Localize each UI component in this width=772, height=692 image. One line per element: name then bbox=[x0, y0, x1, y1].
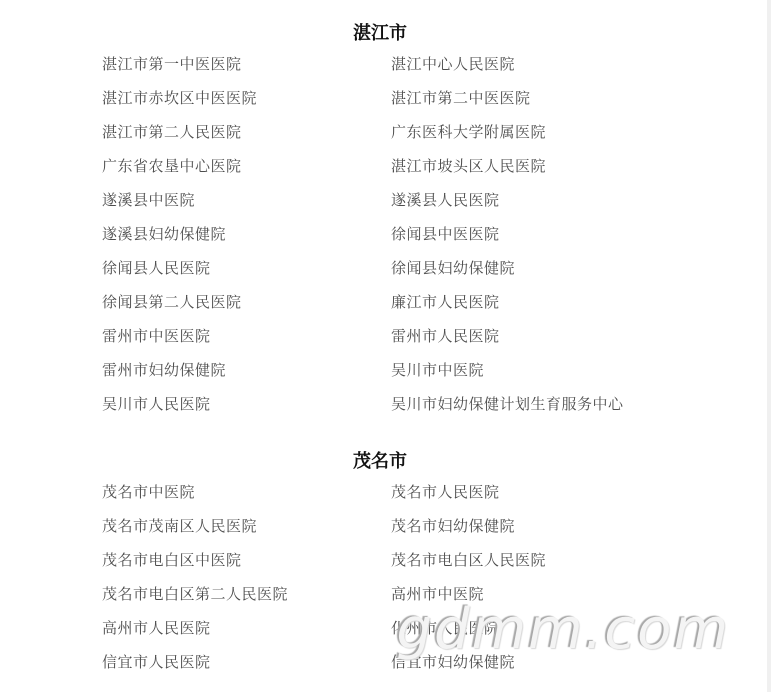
hospital-row: 湛江市第二人民医院 广东医科大学附属医院 bbox=[0, 114, 760, 148]
hospital-name: 遂溪县中医院 bbox=[102, 189, 391, 210]
hospital-name: 茂名市茂南区人民医院 bbox=[102, 515, 391, 536]
hospital-name: 信宜市妇幼保健院 bbox=[391, 651, 760, 672]
hospital-name: 吴川市中医院 bbox=[391, 359, 760, 380]
hospital-name: 广东省农垦中心医院 bbox=[102, 155, 391, 176]
hospital-name: 湛江市赤坎区中医医院 bbox=[102, 87, 391, 108]
hospital-name: 茂名市中医院 bbox=[102, 481, 391, 502]
hospital-name: 湛江中心人民医院 bbox=[391, 53, 760, 74]
hospital-name: 徐闻县第二人民医院 bbox=[102, 291, 391, 312]
hospital-name: 茂名市电白区第二人民医院 bbox=[102, 583, 391, 604]
hospital-row: 茂名市电白区第二人民医院 高州市中医院 bbox=[0, 576, 760, 610]
hospital-name: 信宜市人民医院 bbox=[102, 651, 391, 672]
hospital-row: 徐闻县第二人民医院 廉江市人民医院 bbox=[0, 284, 760, 318]
hospital-row: 湛江市赤坎区中医医院 湛江市第二中医医院 bbox=[0, 80, 760, 114]
hospital-name: 徐闻县人民医院 bbox=[102, 257, 391, 278]
hospital-name: 吴川市人民医院 bbox=[102, 393, 391, 414]
hospital-name: 茂名市人民医院 bbox=[391, 481, 760, 502]
hospital-name: 雷州市妇幼保健院 bbox=[102, 359, 391, 380]
city-section-title-zhanjiang: 湛江市 bbox=[0, 22, 760, 46]
hospital-list-zhanjiang: 湛江市第一中医医院 湛江中心人民医院 湛江市赤坎区中医医院 湛江市第二中医医院 … bbox=[0, 46, 760, 420]
hospital-name: 徐闻县中医医院 bbox=[391, 223, 760, 244]
hospital-row: 茂名市电白区中医院 茂名市电白区人民医院 bbox=[0, 542, 760, 576]
hospital-name: 徐闻县妇幼保健院 bbox=[391, 257, 760, 278]
hospital-name: 遂溪县人民医院 bbox=[391, 189, 760, 210]
hospital-name: 湛江市第二中医医院 bbox=[391, 87, 760, 108]
hospital-list-page: 湛江市 湛江市第一中医医院 湛江中心人民医院 湛江市赤坎区中医医院 湛江市第二中… bbox=[0, 0, 772, 692]
hospital-name: 廉江市人民医院 bbox=[391, 291, 760, 312]
hospital-name: 茂名市电白区人民医院 bbox=[391, 549, 760, 570]
hospital-name: 化州市人民医院 bbox=[391, 617, 760, 638]
hospital-row: 雷州市妇幼保健院 吴川市中医院 bbox=[0, 352, 760, 386]
hospital-row: 广东省农垦中心医院 湛江市坡头区人民医院 bbox=[0, 148, 760, 182]
hospital-name: 茂名市电白区中医院 bbox=[102, 549, 391, 570]
hospital-row: 遂溪县中医院 遂溪县人民医院 bbox=[0, 182, 760, 216]
right-edge-strip bbox=[767, 0, 771, 692]
hospital-name: 湛江市第一中医医院 bbox=[102, 53, 391, 74]
hospital-row: 雷州市中医医院 雷州市人民医院 bbox=[0, 318, 760, 352]
hospital-name: 湛江市坡头区人民医院 bbox=[391, 155, 760, 176]
hospital-row: 茂名市中医院 茂名市人民医院 bbox=[0, 474, 760, 508]
hospital-row: 茂名市茂南区人民医院 茂名市妇幼保健院 bbox=[0, 508, 760, 542]
hospital-row: 信宜市人民医院 信宜市妇幼保健院 bbox=[0, 644, 760, 678]
hospital-row: 徐闻县人民医院 徐闻县妇幼保健院 bbox=[0, 250, 760, 284]
hospital-name: 遂溪县妇幼保健院 bbox=[102, 223, 391, 244]
city-section-title-maoming: 茂名市 bbox=[0, 450, 760, 474]
hospital-name: 湛江市第二人民医院 bbox=[102, 121, 391, 142]
hospital-row: 高州市人民医院 化州市人民医院 bbox=[0, 610, 760, 644]
hospital-list-maoming: 茂名市中医院 茂名市人民医院 茂名市茂南区人民医院 茂名市妇幼保健院 茂名市电白… bbox=[0, 474, 760, 678]
hospital-name: 雷州市中医医院 bbox=[102, 325, 391, 346]
hospital-name: 吴川市妇幼保健计划生育服务中心 bbox=[391, 393, 760, 414]
hospital-row: 湛江市第一中医医院 湛江中心人民医院 bbox=[0, 46, 760, 80]
hospital-name: 高州市中医院 bbox=[391, 583, 760, 604]
hospital-row: 吴川市人民医院 吴川市妇幼保健计划生育服务中心 bbox=[0, 386, 760, 420]
hospital-name: 雷州市人民医院 bbox=[391, 325, 760, 346]
hospital-name: 高州市人民医院 bbox=[102, 617, 391, 638]
hospital-name: 茂名市妇幼保健院 bbox=[391, 515, 760, 536]
hospital-name: 广东医科大学附属医院 bbox=[391, 121, 760, 142]
hospital-row: 遂溪县妇幼保健院 徐闻县中医医院 bbox=[0, 216, 760, 250]
page-content: 湛江市 湛江市第一中医医院 湛江中心人民医院 湛江市赤坎区中医医院 湛江市第二中… bbox=[0, 22, 760, 678]
